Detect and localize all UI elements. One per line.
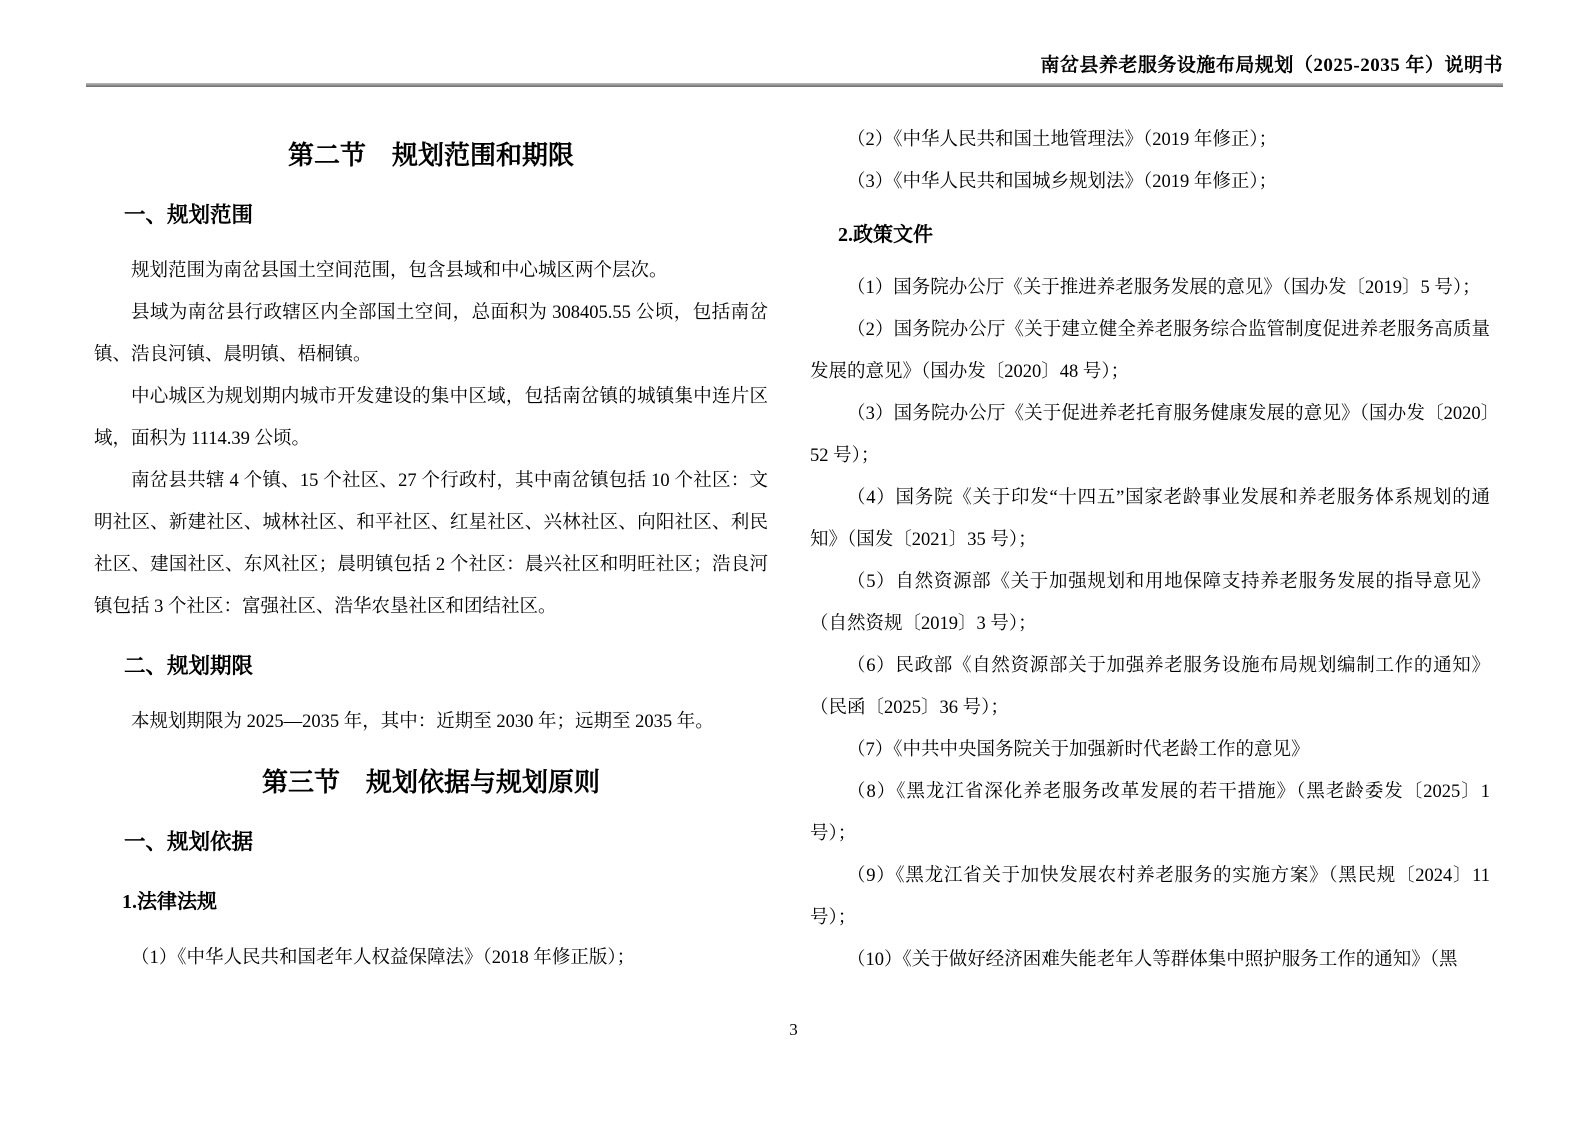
paragraph-period: 本规划期限为 2025—2035 年，其中：近期至 2030 年；远期至 203… (94, 701, 768, 743)
policy-item-6: （6）民政部《自然资源部关于加强养老服务设施布局规划编制工作的通知》（民函〔20… (810, 645, 1490, 729)
heading-laws: 1.法律法规 (94, 880, 768, 924)
section-3-title: 第三节 规划依据与规划原则 (94, 760, 768, 804)
policy-item-7: （7）《中共中央国务院关于加强新时代老龄工作的意见》 (810, 729, 1490, 771)
page-footer: 3 (0, 1020, 1587, 1040)
policy-item-5: （5）自然资源部《关于加强规划和用地保障支持养老服务发展的指导意见》（自然资规〔… (810, 561, 1490, 645)
paragraph-scope-1: 规划范围为南岔县国土空间范围，包含县域和中心城区两个层次。 (94, 250, 768, 292)
law-item-2: （2）《中华人民共和国土地管理法》（2019 年修正）； (810, 119, 1490, 161)
policy-item-10: （10）《关于做好经济困难失能老年人等群体集中照护服务工作的通知》（黑 (810, 939, 1490, 981)
policy-item-2: （2）国务院办公厅《关于建立健全养老服务综合监管制度促进养老服务高质量发展的意见… (810, 309, 1490, 393)
policy-item-3: （3）国务院办公厅《关于促进养老托育服务健康发展的意见》（国办发〔2020〕52… (810, 393, 1490, 477)
page-number: 3 (789, 1020, 798, 1039)
section-2-title: 第二节 规划范围和期限 (94, 133, 768, 177)
paragraph-scope-4: 南岔县共辖 4 个镇、15 个社区、27 个行政村，其中南岔镇包括 10 个社区… (94, 460, 768, 628)
document-page: 南岔县养老服务设施布局规划（2025-2035 年）说明书 第二节 规划范围和期… (0, 0, 1587, 1122)
policy-item-8: （8）《黑龙江省深化养老服务改革发展的若干措施》（黑老龄委发〔2025〕1 号）… (810, 771, 1490, 855)
policy-item-1: （1）国务院办公厅《关于推进养老服务发展的意见》（国办发〔2019〕5 号）； (810, 267, 1490, 309)
policy-item-4: （4）国务院《关于印发“十四五”国家老龄事业发展和养老服务体系规划的通知》（国发… (810, 477, 1490, 561)
paragraph-scope-3: 中心城区为规划期内城市开发建设的集中区域，包括南岔镇的城镇集中连片区域，面积为 … (94, 376, 768, 460)
heading-planning-period: 二、规划期限 (94, 644, 768, 688)
heading-planning-scope: 一、规划范围 (94, 193, 768, 237)
law-item-3: （3）《中华人民共和国城乡规划法》（2019 年修正）； (810, 161, 1490, 203)
heading-planning-basis: 一、规划依据 (94, 820, 768, 864)
policy-item-9: （9）《黑龙江省关于加快发展农村养老服务的实施方案》（黑民规〔2024〕11 号… (810, 855, 1490, 939)
right-column: （2）《中华人民共和国土地管理法》（2019 年修正）； （3）《中华人民共和国… (810, 0, 1490, 981)
paragraph-scope-2: 县域为南岔县行政辖区内全部国土空间，总面积为 308405.55 公顷，包括南岔… (94, 292, 768, 376)
heading-policies: 2.政策文件 (810, 213, 1490, 257)
law-item-1: （1）《中华人民共和国老年人权益保障法》（2018 年修正版）； (94, 937, 768, 979)
left-column: 第二节 规划范围和期限 一、规划范围 规划范围为南岔县国土空间范围，包含县域和中… (94, 0, 768, 979)
